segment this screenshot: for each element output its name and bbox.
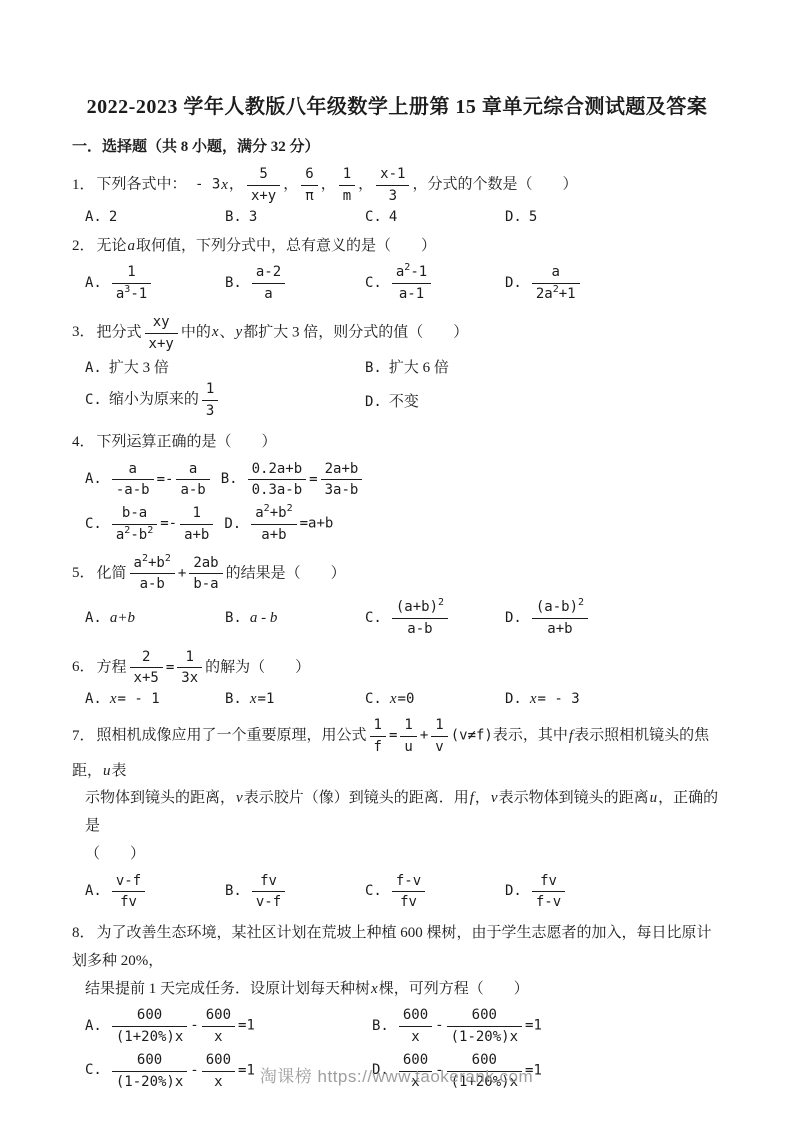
- option-B: B.3: [225, 209, 365, 226]
- option-D: D.a2+b2a+b=a+b: [224, 503, 333, 546]
- text-run: a-1: [399, 286, 424, 302]
- text-run: a: [264, 286, 272, 302]
- fraction-numerator: 600: [399, 1006, 432, 1027]
- fraction-denominator: a: [252, 284, 285, 304]
- text-run: 表: [112, 763, 127, 779]
- fraction: (a+b)2a-b: [392, 598, 448, 639]
- option-label: A.: [85, 1018, 102, 1034]
- stem-line: 7．照相机成像应用了一个重要原理，用公式1f=1u+1v(v≠f)表示，其中f表…: [72, 715, 722, 785]
- text-run: 5: [529, 209, 537, 225]
- options-row: A.扩大 3 倍B.扩大 6 倍: [85, 356, 722, 377]
- text-run: 棵，可列方程（ ）: [379, 981, 529, 997]
- fraction-numerator: (a-b)2: [532, 598, 588, 619]
- option-C: C.4: [365, 209, 505, 226]
- text-run: 2: [109, 209, 117, 225]
- text-run: x: [389, 691, 398, 707]
- fraction-denominator: 2a2+1: [532, 284, 580, 304]
- text-run: ，: [321, 177, 336, 193]
- option-C: C.a2-1a-1: [365, 262, 505, 305]
- fraction-denominator: a-b: [392, 619, 448, 639]
- option-C: C.f-vfv: [365, 871, 505, 914]
- option-label: A.: [85, 610, 102, 626]
- text-run: a: [134, 555, 142, 571]
- text-run: (a-b): [536, 599, 578, 615]
- options-row: A.600(1+20%)x-600x=1B.600x-600(1-20%)x=1: [85, 1005, 722, 1048]
- option-label: C.: [85, 392, 102, 408]
- option-label: D.: [505, 275, 522, 291]
- text-run: =1: [525, 1018, 542, 1034]
- stem-line: 3．把分式xyx+y中的x、y都扩大 3 倍，则分式的值（ ）: [72, 312, 722, 355]
- fraction-numerator: v-f: [112, 872, 145, 893]
- fraction-denominator: u: [400, 737, 416, 757]
- text-run: 0.2a+b: [252, 461, 303, 477]
- fraction-numerator: 2a+b: [321, 460, 363, 481]
- question-number: 7．: [72, 728, 95, 744]
- stem-line: 1．下列各式中： - 3x，5x+y，6π，1m，x-13，分式的个数是（ ）: [72, 164, 722, 207]
- fraction-numerator: fv: [532, 872, 565, 893]
- text-run: a: [255, 505, 263, 521]
- fraction-denominator: x: [399, 1027, 432, 1047]
- text-run: a+b: [547, 621, 572, 637]
- fraction: b-aa2-b2: [112, 504, 157, 545]
- fraction-denominator: a-b: [176, 480, 209, 500]
- text-run: 照相机成像应用了一个重要原理，用公式: [97, 728, 367, 744]
- question-3: 3．把分式xyx+y中的x、y都扩大 3 倍，则分式的值（ ）A.扩大 3 倍B…: [72, 312, 722, 422]
- text-run: -b: [130, 527, 147, 543]
- text-run: ，: [229, 177, 244, 193]
- fraction-denominator: a+b: [180, 525, 213, 545]
- fraction-denominator: 0.3a-b: [248, 480, 307, 500]
- fraction: f-vfv: [392, 872, 425, 913]
- text-run: 1: [435, 717, 443, 733]
- fraction: 600x: [399, 1006, 432, 1047]
- text-run: 化简: [97, 565, 127, 581]
- fraction-numerator: 1: [180, 504, 213, 525]
- text-run: 为了改善生态环境，某社区计划在荒坡上种植 600 棵树，由于学生志愿者的加入，每…: [72, 925, 712, 969]
- text-run: -1: [410, 264, 427, 280]
- option-label: B.: [225, 610, 242, 626]
- options-row: C.缩小为原来的13D.不变: [85, 379, 722, 422]
- option-label: D.: [365, 394, 382, 410]
- stem-line: 2．无论a取何值，下列分式中，总有意义的是（ ）: [72, 233, 722, 261]
- footer-watermark: 淘课榜 https://www.taokerank.com: [0, 1062, 793, 1087]
- text-run: u: [404, 739, 412, 755]
- option-B: B.fvv-f: [225, 871, 365, 914]
- text-run: a-b: [407, 621, 432, 637]
- text-run: 5: [259, 166, 267, 182]
- fraction: fvf-v: [532, 872, 565, 913]
- option-label: C.: [365, 883, 382, 899]
- option-label: B.: [225, 275, 242, 291]
- text-run: 把分式: [97, 324, 142, 340]
- fraction: (a-b)2a+b: [532, 598, 588, 639]
- fraction-numerator: a2+b2: [130, 554, 175, 575]
- text-run: ，: [475, 790, 490, 806]
- options-row: A.1a3-1B.a-2aC.a2-1a-1D.a2a2+1: [85, 262, 722, 305]
- superscript: 2: [147, 525, 153, 536]
- option-A: A.a-a-b=-aa-b: [85, 459, 213, 502]
- fraction-numerator: 1: [431, 716, 447, 737]
- text-run: （ ）: [85, 846, 145, 862]
- fraction: 1m: [339, 165, 355, 206]
- question-1: 1．下列各式中： - 3x，5x+y，6π，1m，x-13，分式的个数是（ ）A…: [72, 164, 722, 226]
- fraction-numerator: a2-1: [392, 263, 431, 284]
- text-run: 中的: [181, 324, 211, 340]
- text-run: (1+20%)x: [116, 1029, 183, 1045]
- text-run: π: [305, 188, 313, 204]
- text-run: (1-20%)x: [451, 1029, 518, 1045]
- text-run: =: [389, 728, 397, 744]
- text-run: u: [649, 790, 659, 806]
- option-label: D.: [505, 610, 522, 626]
- fraction-denominator: fv: [112, 892, 145, 912]
- text-run: 2a+b: [325, 461, 359, 477]
- text-run: f-v: [536, 894, 561, 910]
- text-run: 600: [206, 1007, 231, 1023]
- text-run: 3: [206, 403, 214, 419]
- text-run: 4: [389, 209, 397, 225]
- option-label: B.: [225, 883, 242, 899]
- option-C: C.b-aa2-b2=-1a+b: [85, 503, 216, 546]
- text-run: 1: [127, 264, 135, 280]
- fraction: a2-1a-1: [392, 263, 431, 304]
- superscript: 2: [438, 597, 444, 608]
- text-run: a-b: [140, 576, 165, 592]
- text-run: v: [235, 790, 244, 806]
- fraction: 2a+b3a-b: [321, 460, 363, 501]
- stem-line: 4．下列运算正确的是（ ）: [72, 429, 722, 457]
- text-run: 、: [220, 324, 235, 340]
- fraction-numerator: 2: [130, 648, 163, 669]
- text-run: 1: [404, 717, 412, 733]
- text-run: a+b: [261, 527, 286, 543]
- text-run: fv: [120, 894, 137, 910]
- fraction-denominator: 3: [202, 401, 218, 421]
- text-run: ，分式的个数是（ ）: [412, 177, 577, 193]
- question-number: 2．: [72, 238, 95, 254]
- fraction: 2x+5: [130, 648, 163, 689]
- fraction: 600x: [202, 1006, 235, 1047]
- options-row: A.2B.3C.4D.5: [85, 209, 722, 226]
- option-C: C.缩小为原来的13: [85, 379, 365, 422]
- text-run: +b: [148, 555, 165, 571]
- text-run: 的解为（ ）: [205, 659, 310, 675]
- text-run: 表示胶片（像）到镜头的距离．用: [244, 790, 469, 806]
- fraction: xyx+y: [145, 313, 178, 354]
- text-run: x: [214, 1029, 222, 1045]
- fraction-numerator: 1: [202, 380, 218, 401]
- fraction: 13: [202, 380, 218, 421]
- option-A: A.扩大 3 倍: [85, 356, 365, 377]
- fraction-denominator: fv: [392, 892, 425, 912]
- fraction-numerator: f-v: [392, 872, 425, 893]
- question-6: 6．方程2x+5=13x的解为（ ）A.x= - 1B.x=1C.x=0D.x=…: [72, 647, 722, 709]
- option-label: D.: [505, 883, 522, 899]
- question-number: 1．: [72, 177, 95, 193]
- stem-line: 示物体到镜头的距离，v表示胶片（像）到镜头的距离．用f，v表示物体到镜头的距离u…: [85, 785, 722, 841]
- fraction: fvv-f: [252, 872, 285, 913]
- fraction-denominator: a+b: [532, 619, 588, 639]
- text-run: - 3: [187, 177, 221, 193]
- option-label: B.: [225, 691, 242, 707]
- text-run: 下列运算正确的是（ ）: [97, 434, 277, 450]
- fraction: 5x+y: [247, 165, 280, 206]
- fraction-denominator: a+b: [251, 525, 296, 545]
- text-run: 3: [249, 209, 257, 225]
- text-run: = - 3: [538, 691, 580, 707]
- fraction: 1a+b: [180, 504, 213, 545]
- fraction-numerator: a: [532, 263, 580, 284]
- text-run: -a-b: [116, 482, 150, 498]
- text-run: 表示物体到镜头的距离: [499, 790, 649, 806]
- fraction-denominator: b-a: [189, 574, 222, 594]
- option-D: D.fvf-v: [505, 871, 722, 914]
- text-run: a: [127, 238, 137, 254]
- text-run: 结果提前 1 天完成任务．设原计划每天种树: [85, 981, 370, 997]
- text-run: a-2: [256, 264, 281, 280]
- question-number: 3．: [72, 324, 95, 340]
- options-row: A.a-a-b=-aa-bB.0.2a+b0.3a-b=2a+b3a-b: [85, 459, 722, 502]
- text-run: =-: [160, 516, 177, 532]
- fraction-numerator: a: [112, 460, 154, 481]
- text-run: 都扩大 3 倍，则分式的值（ ）: [243, 324, 468, 340]
- text-run: 下列各式中：: [97, 177, 187, 193]
- stem-line: （ ）: [85, 841, 722, 869]
- text-run: x-1: [380, 166, 405, 182]
- text-run: xy: [153, 314, 170, 330]
- option-A: A.600(1+20%)x-600x=1: [85, 1005, 372, 1048]
- option-label: C.: [365, 209, 382, 225]
- option-label: A.: [85, 883, 102, 899]
- text-run: =a+b: [300, 516, 334, 532]
- option-label: A.: [85, 471, 102, 487]
- fraction-numerator: 0.2a+b: [248, 460, 307, 481]
- stem-line: 6．方程2x+5=13x的解为（ ）: [72, 647, 722, 690]
- text-run: 缩小为原来的: [109, 392, 199, 408]
- question-2: 2．无论a取何值，下列分式中，总有意义的是（ ）A.1a3-1B.a-2aC.a…: [72, 233, 722, 305]
- text-run: =: [309, 471, 317, 487]
- text-run: x: [370, 981, 379, 997]
- fraction: a2+b2a-b: [130, 554, 175, 595]
- fraction: 6π: [301, 165, 317, 206]
- text-run: f-v: [396, 873, 421, 889]
- text-run: 的结果是（ ）: [226, 565, 346, 581]
- text-run: 2ab: [193, 555, 218, 571]
- fraction: a2+b2a+b: [251, 504, 296, 545]
- text-run: b-a: [122, 505, 147, 521]
- fraction: aa-b: [176, 460, 209, 501]
- text-run: ，: [283, 177, 298, 193]
- option-label: C.: [85, 516, 102, 532]
- text-run: x+y: [149, 336, 174, 352]
- text-run: 示物体到镜头的距离，: [85, 790, 235, 806]
- page-title: 2022-2023 学年人教版八年级数学上册第 15 章单元综合测试题及答案: [72, 90, 722, 119]
- option-B: B.a-2a: [225, 262, 365, 305]
- fraction: a-2a: [252, 263, 285, 304]
- option-B: B.600x-600(1-20%)x=1: [372, 1005, 722, 1048]
- option-D: D.a2a2+1: [505, 262, 722, 305]
- fraction-denominator: v-f: [252, 892, 285, 912]
- fraction-denominator: a3-1: [112, 284, 151, 304]
- option-A: A.2: [85, 209, 225, 226]
- text-run: fv: [400, 894, 417, 910]
- fraction: a2a2+1: [532, 263, 580, 304]
- fraction-denominator: 3a-b: [321, 480, 363, 500]
- text-run: +b: [270, 505, 287, 521]
- option-B: B.a - b: [225, 610, 365, 627]
- text-run: x: [411, 1029, 419, 1045]
- text-run: v: [435, 739, 443, 755]
- text-run: 3: [389, 188, 397, 204]
- option-label: A.: [85, 691, 102, 707]
- fraction-denominator: π: [301, 186, 317, 206]
- fraction-numerator: 600: [447, 1006, 522, 1027]
- option-label: C.: [365, 691, 382, 707]
- stem-line: 8．为了改善生态环境，某社区计划在荒坡上种植 600 棵树，由于学生志愿者的加入…: [72, 920, 722, 976]
- text-run: x+5: [134, 670, 159, 686]
- fraction-denominator: (1-20%)x: [447, 1027, 522, 1047]
- text-run: x: [211, 324, 220, 340]
- option-label: A.: [85, 209, 102, 225]
- text-run: +1: [559, 286, 576, 302]
- question-number: 8．: [72, 925, 95, 941]
- text-run: 扩大 3 倍: [109, 360, 169, 376]
- text-run: 1: [206, 381, 214, 397]
- stem-line: 5．化简a2+b2a-b+2abb-a的结果是（ ）: [72, 553, 722, 596]
- option-label: B.: [221, 471, 238, 487]
- options-row: C.b-aa2-b2=-1a+bD.a2+b2a+b=a+b: [85, 503, 722, 546]
- text-run: ，: [358, 177, 373, 193]
- option-B: B.x=1: [225, 691, 365, 708]
- option-label: A.: [85, 275, 102, 291]
- option-A: A.v-ffv: [85, 871, 225, 914]
- section-heading: 一．选择题（共 8 小题，满分 32 分）: [72, 135, 722, 156]
- text-run: 6: [305, 166, 313, 182]
- option-C: C.(a+b)2a-b: [365, 597, 505, 640]
- option-label: B.: [225, 209, 242, 225]
- text-run: (v≠f): [451, 728, 493, 744]
- text-run: (a+b): [396, 599, 438, 615]
- option-label: C.: [365, 610, 382, 626]
- fraction-denominator: a-b: [130, 574, 175, 594]
- text-run: 600: [403, 1007, 428, 1023]
- text-run: -: [435, 1018, 443, 1034]
- fraction-numerator: a2+b2: [251, 504, 296, 525]
- fraction-numerator: 1: [339, 165, 355, 186]
- fraction-numerator: 1: [112, 263, 151, 284]
- stem-line: 结果提前 1 天完成任务．设原计划每天种树x棵，可列方程（ ）: [85, 976, 722, 1004]
- fraction-denominator: -a-b: [112, 480, 154, 500]
- text-run: =: [166, 659, 174, 675]
- fraction: 600(1-20%)x: [447, 1006, 522, 1047]
- fraction: 600(1+20%)x: [112, 1006, 187, 1047]
- text-run: =1: [238, 1018, 255, 1034]
- superscript: 2: [287, 503, 293, 514]
- text-run: 不变: [389, 394, 419, 410]
- text-run: f: [374, 739, 382, 755]
- option-label: C.: [365, 275, 382, 291]
- text-run: x+y: [251, 188, 276, 204]
- text-run: 1: [343, 166, 351, 182]
- fraction-denominator: x+y: [145, 334, 178, 354]
- fraction: 1v: [431, 716, 447, 757]
- text-run: = - 1: [118, 691, 160, 707]
- fraction-denominator: a-1: [392, 284, 431, 304]
- text-run: 无论: [97, 238, 127, 254]
- superscript: 2: [578, 597, 584, 608]
- text-run: 3a-b: [325, 482, 359, 498]
- fraction: 1f: [370, 716, 386, 757]
- option-B: B.扩大 6 倍: [365, 356, 722, 377]
- fraction-numerator: 1: [370, 716, 386, 737]
- fraction-denominator: a2-b2: [112, 525, 157, 545]
- option-label: B.: [372, 1018, 389, 1034]
- fraction-denominator: v: [431, 737, 447, 757]
- option-D: D.x= - 3: [505, 691, 722, 708]
- fraction-denominator: 3: [376, 186, 409, 206]
- text-run: 3x: [181, 670, 198, 686]
- text-run: =0: [398, 691, 415, 707]
- fraction-numerator: a-2: [252, 263, 285, 284]
- question-5: 5．化简a2+b2a-b+2abb-a的结果是（ ）A.a+bB.a - bC.…: [72, 553, 722, 640]
- text-run: 600: [472, 1007, 497, 1023]
- option-C: C.x=0: [365, 691, 505, 708]
- fraction-denominator: x+5: [130, 668, 163, 688]
- text-run: fv: [260, 873, 277, 889]
- fraction-denominator: x+y: [247, 186, 280, 206]
- text-run: =1: [258, 691, 275, 707]
- question-number: 5．: [72, 565, 95, 581]
- option-D: D.(a-b)2a+b: [505, 597, 722, 640]
- text-run: fv: [540, 873, 557, 889]
- options-row: A.x= - 1B.x=1C.x=0D.x= - 3: [85, 691, 722, 708]
- fraction-denominator: x: [202, 1027, 235, 1047]
- text-run: a: [129, 461, 137, 477]
- fraction: v-ffv: [112, 872, 145, 913]
- text-run: 2: [142, 649, 150, 665]
- question-7: 7．照相机成像应用了一个重要原理，用公式1f=1u+1v(v≠f)表示，其中f表…: [72, 715, 722, 913]
- text-run: 扩大 6 倍: [389, 360, 449, 376]
- superscript: 2: [165, 553, 171, 564]
- fraction: 1a3-1: [112, 263, 151, 304]
- fraction-numerator: xy: [145, 313, 178, 334]
- fraction-denominator: (1+20%)x: [112, 1027, 187, 1047]
- fraction-numerator: 6: [301, 165, 317, 186]
- text-run: 取何值，下列分式中，总有意义的是（ ）: [136, 238, 436, 254]
- fraction-numerator: 1: [400, 716, 416, 737]
- text-run: 1: [374, 717, 382, 733]
- fraction: a-a-b: [112, 460, 154, 501]
- fraction-numerator: 2ab: [189, 554, 222, 575]
- option-A: A.a+b: [85, 610, 225, 627]
- fraction-numerator: 5: [247, 165, 280, 186]
- option-label: D.: [505, 209, 522, 225]
- fraction: 0.2a+b0.3a-b: [248, 460, 307, 501]
- text-run: u: [102, 763, 112, 779]
- text-run: a+b: [109, 610, 136, 626]
- text-run: a: [189, 461, 197, 477]
- question-number: 6．: [72, 659, 95, 675]
- text-run: 600: [137, 1007, 162, 1023]
- option-B: B.0.2a+b0.3a-b=2a+b3a-b: [221, 459, 366, 502]
- questions: 1．下列各式中： - 3x，5x+y，6π，1m，x-13，分式的个数是（ ）A…: [72, 164, 722, 1092]
- fraction-denominator: m: [339, 186, 355, 206]
- fraction-numerator: x-1: [376, 165, 409, 186]
- fraction: x-13: [376, 165, 409, 206]
- options-row: A.v-ffvB.fvv-fC.f-vfvD.fvf-v: [85, 871, 722, 914]
- text-run: 1: [185, 649, 193, 665]
- option-label: D.: [224, 516, 241, 532]
